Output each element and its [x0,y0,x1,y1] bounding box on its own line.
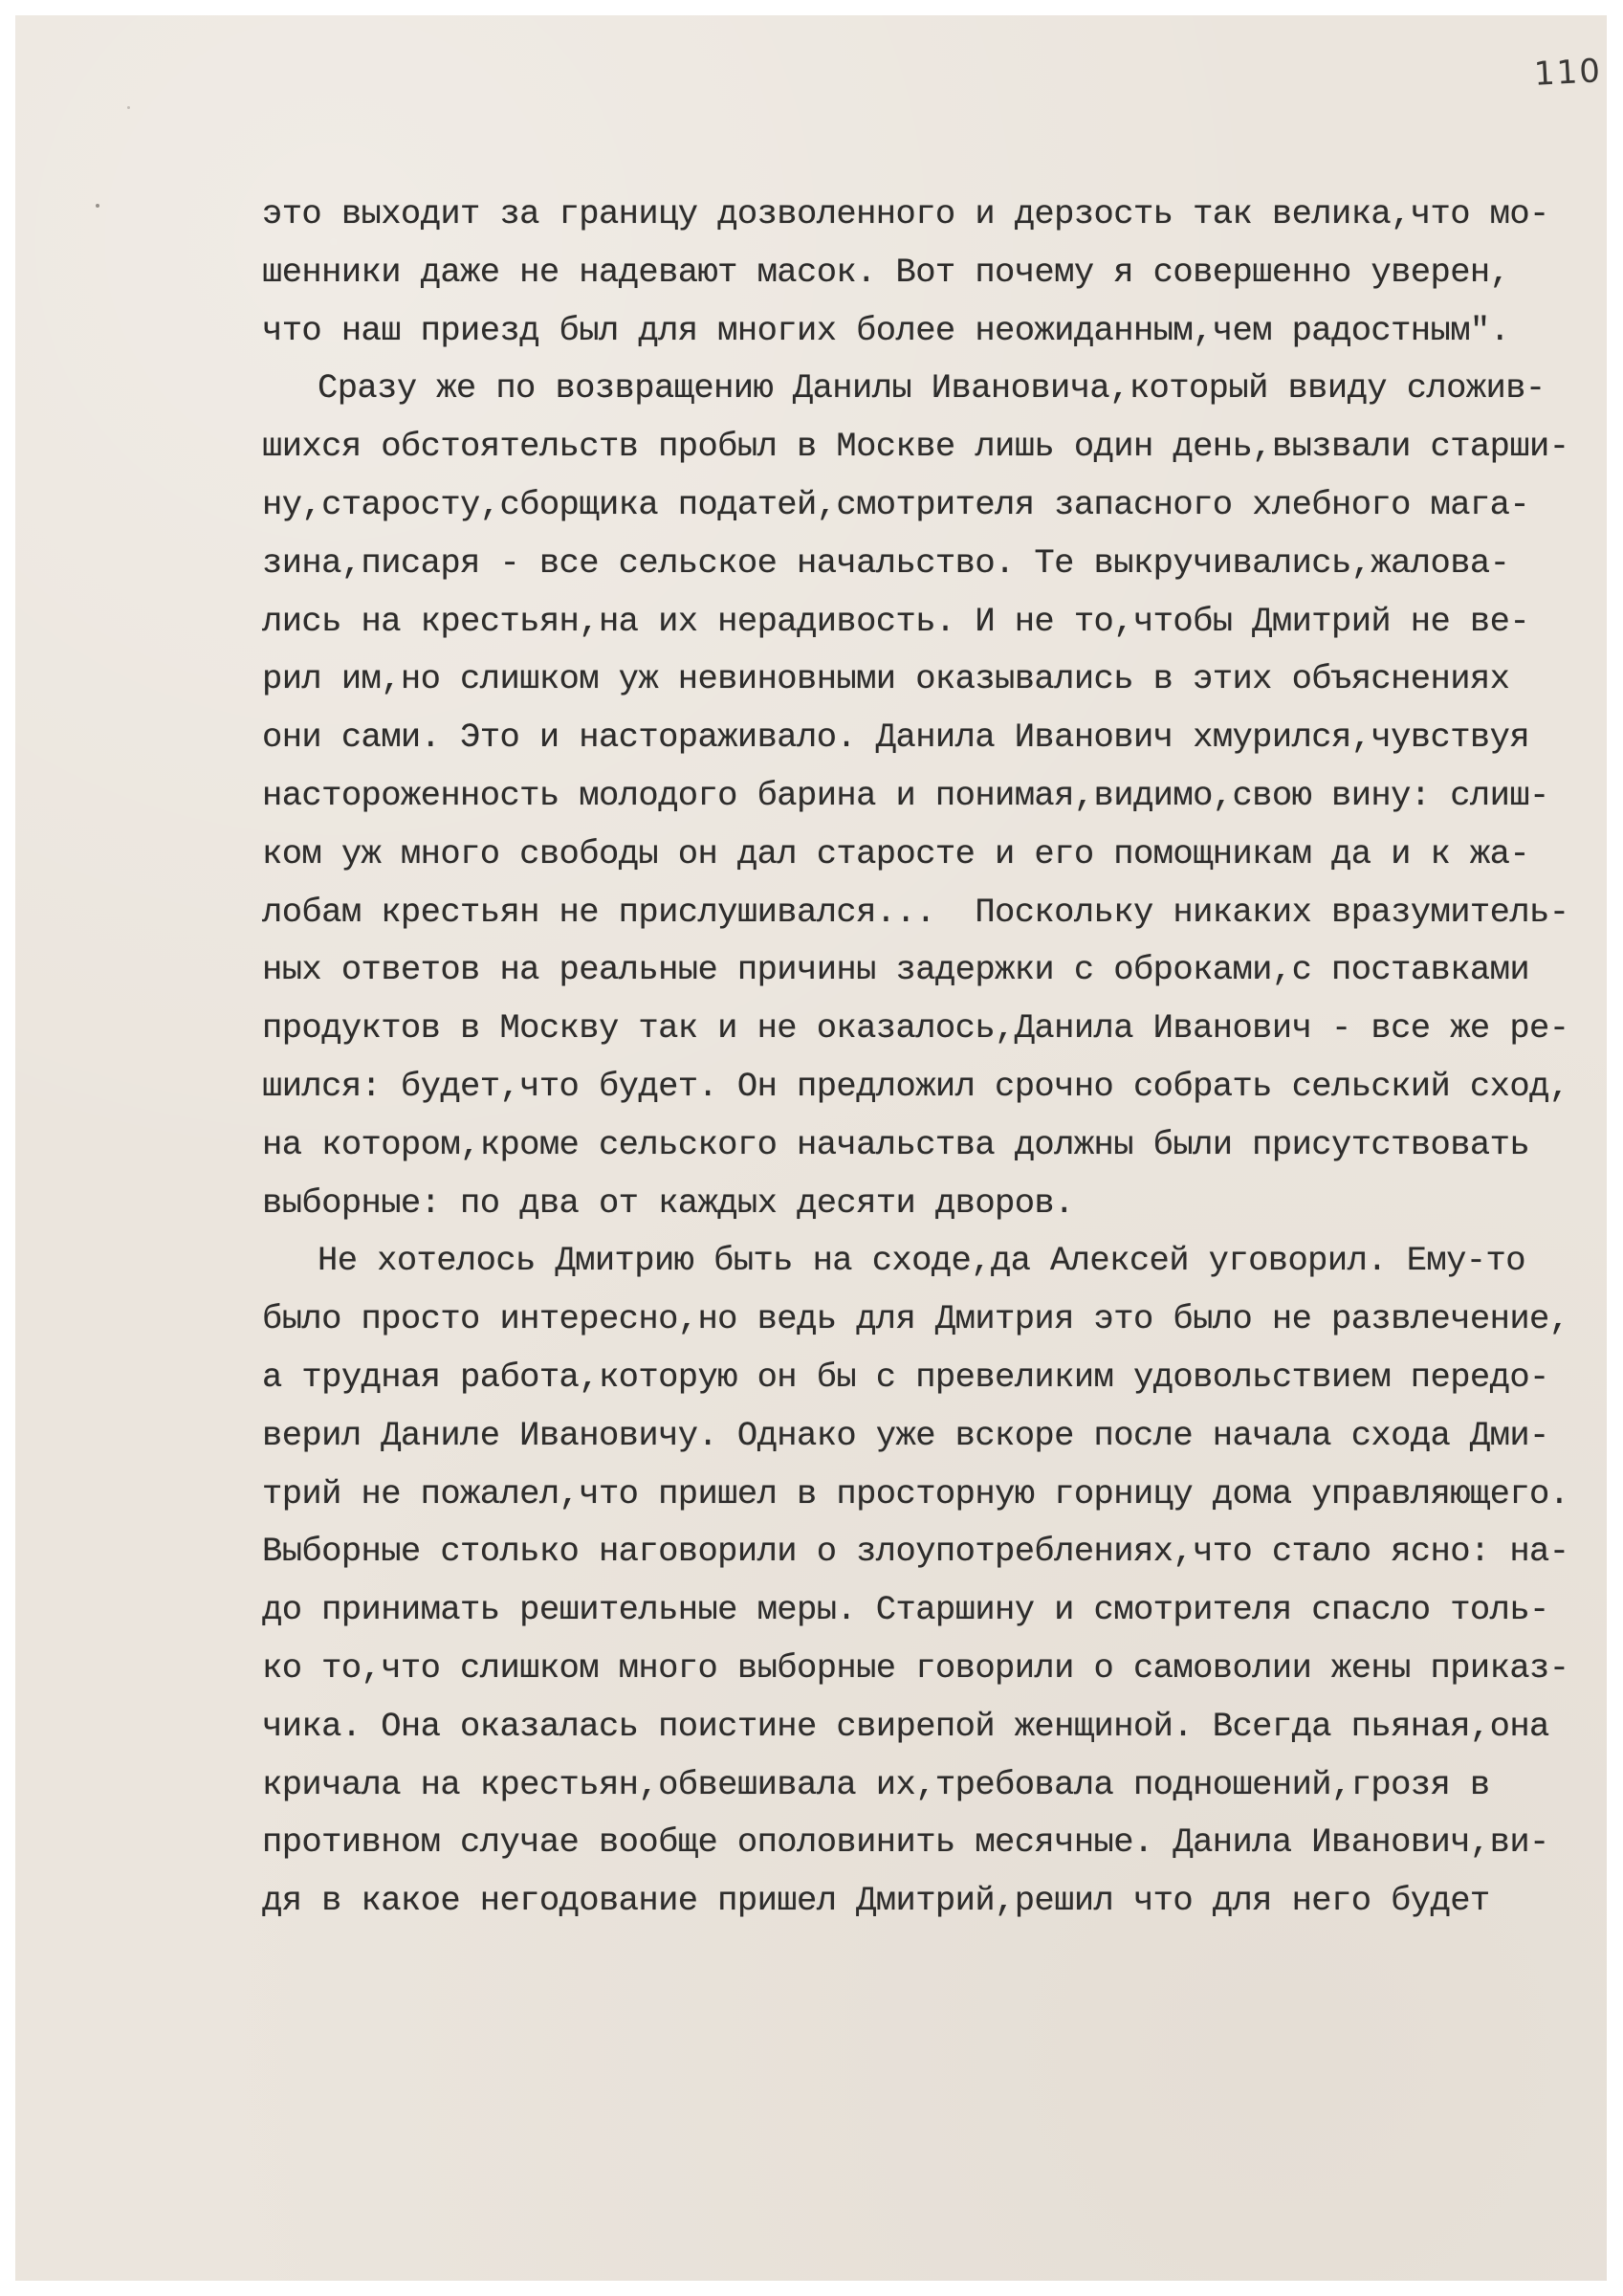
text-line: ну,старосту,сборщика податей,смотрителя … [262,476,1601,535]
text-line: до принимать решительные меры. Старшину … [262,1581,1601,1640]
text-line: Выборные столько наговорили о злоупотреб… [262,1523,1601,1581]
text-line: настороженность молодого барина и понима… [262,767,1601,826]
text-line: а трудная работа,которую он бы с превели… [262,1349,1601,1407]
text-line: дя в какое негодование пришел Дмитрий,ре… [262,1872,1601,1931]
text-line: шихся обстоятельств пробыл в Москве лишь… [262,418,1601,476]
text-line: выборные: по два от каждых десяти дворов… [262,1175,1601,1233]
text-line: верил Даниле Ивановичу. Однако уже вскор… [262,1407,1601,1466]
text-line: что наш приезд был для многих более неож… [262,302,1601,361]
text-line: зина,писаря - все сельское начальство. Т… [262,535,1601,593]
text-line: это выходит за границу дозволенного и де… [262,186,1601,244]
text-line: шенники даже не надевают масок. Вот поче… [262,244,1601,302]
text-line: они сами. Это и настораживало. Данила Ив… [262,709,1601,767]
text-line: рил им,но слишком уж невиновными оказыва… [262,651,1601,709]
text-line: шился: будет,что будет. Он предложил сро… [262,1058,1601,1116]
paper-speck [96,204,99,208]
text-line: лись на крестьян,на их нерадивость. И не… [262,593,1601,651]
text-line: было просто интересно,но ведь для Дмитри… [262,1291,1601,1349]
paragraph-first-line: Не хотелось Дмитрию быть на сходе,да Але… [262,1232,1601,1291]
document-page: 110 это выходит за границу дозволенного … [15,15,1607,2281]
paper-speck [127,106,130,109]
typed-body-text: это выходит за границу дозволенного и де… [262,186,1601,1931]
text-line: противном случае вообще ополовинить меся… [262,1814,1601,1872]
text-line: чика. Она оказалась поистине свирепой же… [262,1698,1601,1756]
text-line: ных ответов на реальные причины задержки… [262,941,1601,1000]
text-line: ком уж много свободы он дал старосте и е… [262,826,1601,884]
text-line: лобам крестьян не прислушивался... Поско… [262,884,1601,942]
text-line: продуктов в Москву так и не оказалось,Да… [262,1000,1601,1058]
text-line: трий не пожалел,что пришел в просторную … [262,1466,1601,1524]
handwritten-page-number: 110 [1533,52,1603,94]
text-line: кричала на крестьян,обвешивала их,требов… [262,1756,1601,1815]
paragraph-first-line: Сразу же по возвращению Данилы Ивановича… [262,360,1601,418]
text-line: ко то,что слишком много выборные говорил… [262,1640,1601,1698]
text-line: на котором,кроме сельского начальства до… [262,1116,1601,1175]
